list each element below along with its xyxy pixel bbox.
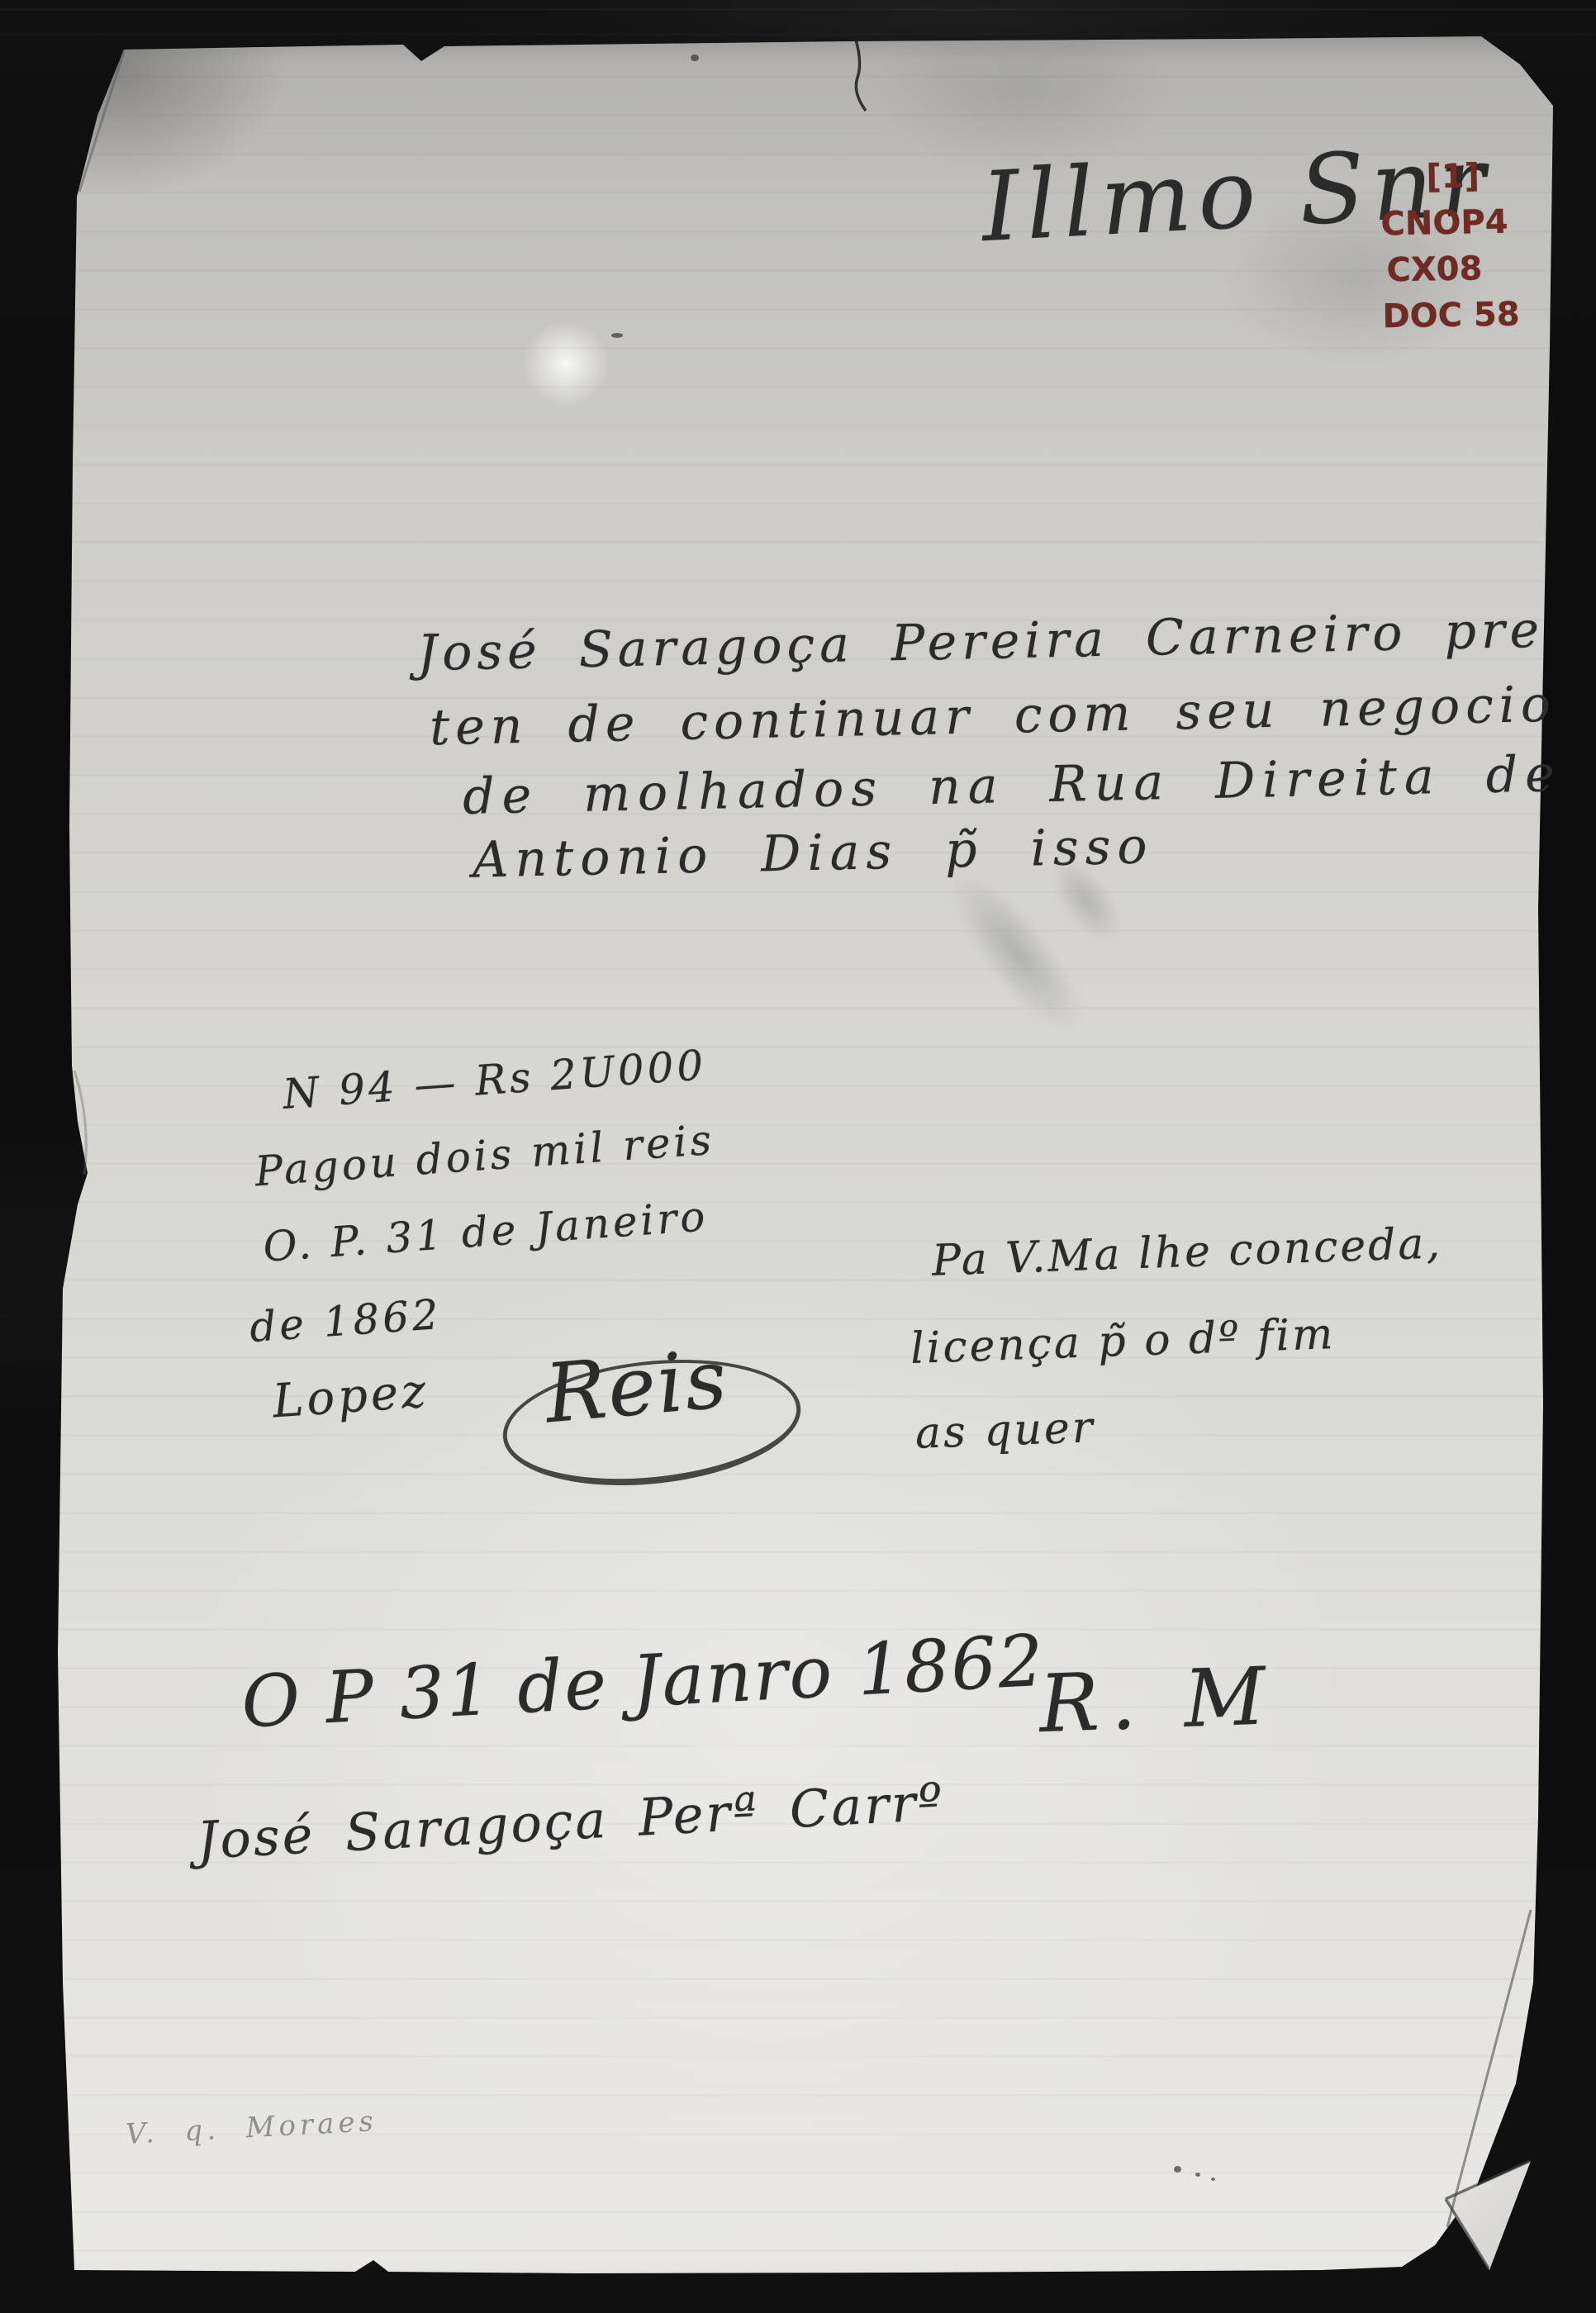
ink-speck	[691, 55, 699, 61]
ink-speck	[1174, 2166, 1181, 2173]
scanned-manuscript-photo: { "archive_marks": { "lines": ["[1]", "C…	[0, 0, 1596, 2313]
ink-speck	[1211, 2178, 1215, 2181]
decision-note-line: as quer	[914, 1403, 1096, 1459]
ink-speck	[1195, 2173, 1200, 2177]
treasurer-signature: Reis	[541, 1332, 732, 1442]
payment-note-clerk-signature: Lopez	[271, 1364, 430, 1428]
archive-mark-box: CX08	[1381, 245, 1519, 294]
archive-mark-document: DOC 58	[1382, 292, 1520, 340]
archive-reference-marks: [1] CNOP4 CX08 DOC 58	[1380, 153, 1520, 340]
archive-mark-collection: CNOP4	[1380, 199, 1518, 248]
manuscript-page	[0, 0, 1596, 2313]
ink-speck	[611, 333, 623, 338]
scan-streak	[0, 33, 1596, 36]
rubric-initials: R. M	[1038, 1650, 1278, 1750]
scan-streak	[0, 8, 1596, 11]
archive-mark-page: [1]	[1380, 153, 1518, 202]
